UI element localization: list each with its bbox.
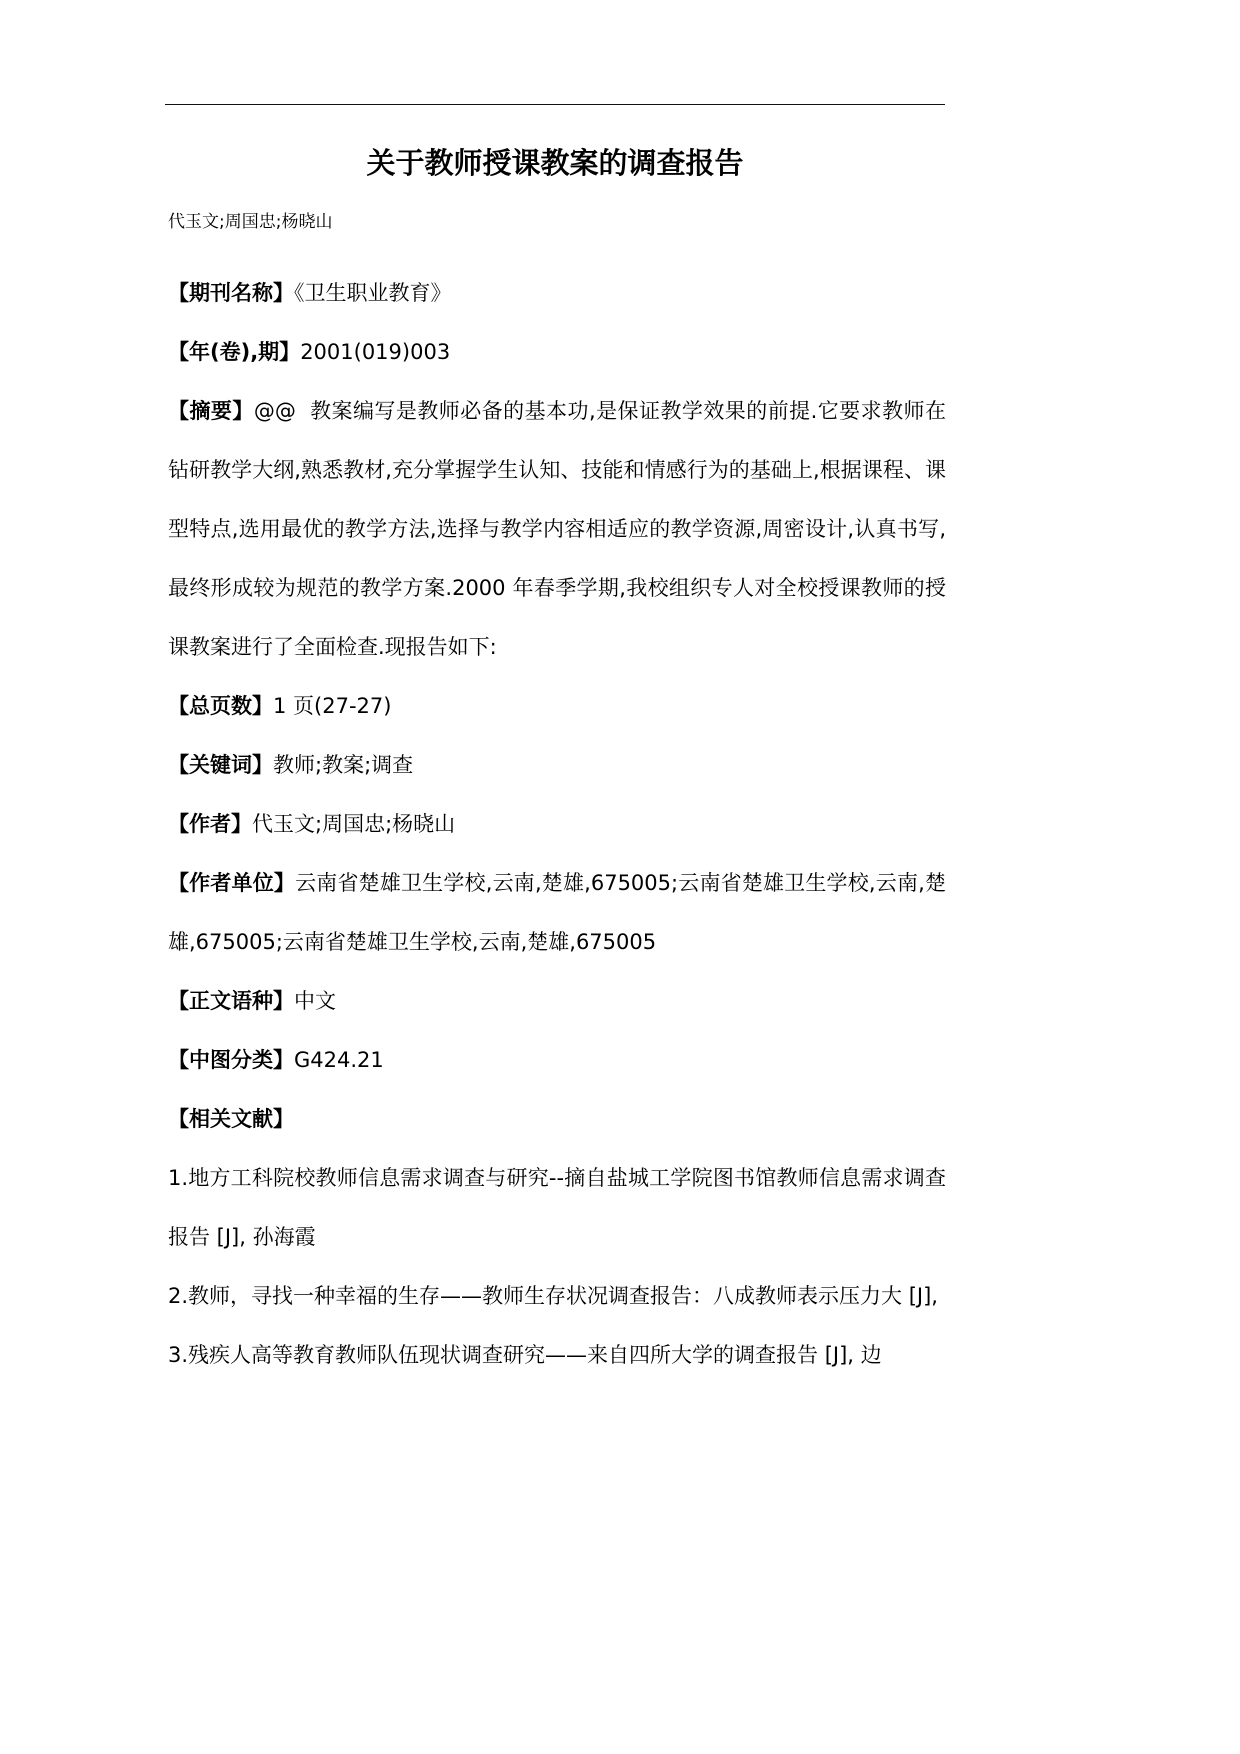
field-label: 【年(卷),期】 [168, 340, 300, 364]
field-value: 中文 [294, 989, 336, 1013]
related-literature-heading: 【相关文献】 [168, 1090, 946, 1149]
field-label: 【中图分类】 [168, 1048, 294, 1072]
related-item[interactable]: 3.残疾人高等教育教师队伍现状调查研究——来自四所大学的调查报告 [J], 边 [168, 1326, 946, 1385]
field-label: 【正文语种】 [168, 989, 294, 1013]
field-label: 【摘要】 [168, 399, 254, 423]
author-byline: 代玉文;周国忠;杨晓山 [168, 210, 332, 234]
field-journal: 【期刊名称】《卫生职业教育》 [168, 264, 946, 323]
document-body: 【期刊名称】《卫生职业教育》 【年(卷),期】2001(019)003 【摘要】… [168, 264, 946, 1385]
field-value: 《卫生职业教育》 [294, 281, 452, 305]
field-value: 教师;教案;调查 [273, 753, 413, 777]
field-classification: 【中图分类】G424.21 [168, 1031, 946, 1090]
field-label: 【作者单位】 [168, 871, 295, 895]
page-title: 关于教师授课教案的调查报告 [165, 143, 945, 183]
field-total-pages: 【总页数】1 页(27-27) [168, 677, 946, 736]
field-authors: 【作者】代玉文;周国忠;杨晓山 [168, 795, 946, 854]
field-keywords: 【关键词】教师;教案;调查 [168, 736, 946, 795]
field-label: 【期刊名称】 [168, 281, 294, 305]
field-label: 【总页数】 [168, 694, 273, 718]
header-rule [165, 104, 945, 105]
field-affiliations: 【作者单位】云南省楚雄卫生学校,云南,楚雄,675005;云南省楚雄卫生学校,云… [168, 854, 946, 972]
field-value: 代玉文;周国忠;杨晓山 [252, 812, 455, 836]
field-year-volume-issue: 【年(卷),期】2001(019)003 [168, 323, 946, 382]
field-label: 【作者】 [168, 812, 252, 836]
document-page: 关于教师授课教案的调查报告 代玉文;周国忠;杨晓山 【期刊名称】《卫生职业教育》… [0, 0, 1240, 1754]
field-value: 2001(019)003 [300, 340, 450, 364]
field-abstract: 【摘要】@@ 教案编写是教师必备的基本功,是保证教学效果的前提.它要求教师在钻研… [168, 382, 946, 677]
field-label: 【关键词】 [168, 753, 273, 777]
field-value: @@ 教案编写是教师必备的基本功,是保证教学效果的前提.它要求教师在钻研教学大纲… [168, 399, 946, 659]
related-item[interactable]: 1.地方工科院校教师信息需求调查与研究--摘自盐城工学院图书馆教师信息需求调查报… [168, 1149, 946, 1267]
field-label: 【相关文献】 [168, 1107, 294, 1131]
field-language: 【正文语种】中文 [168, 972, 946, 1031]
field-value: 1 页(27-27) [273, 694, 391, 718]
related-item[interactable]: 2.教师，寻找一种幸福的生存——教师生存状况调查报告：八成教师表示压力大 [J]… [168, 1267, 946, 1326]
field-value: G424.21 [294, 1048, 384, 1072]
